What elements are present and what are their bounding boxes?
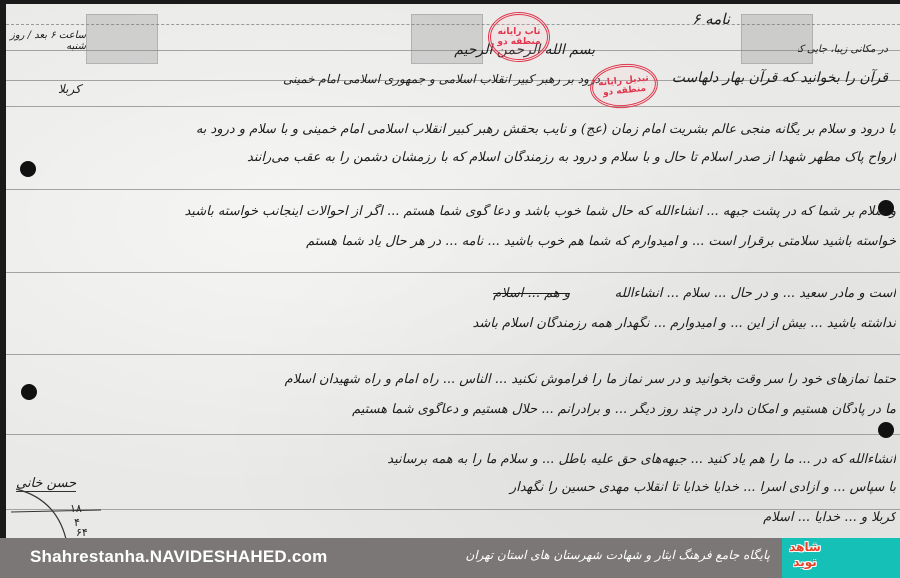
site-url-link[interactable]: Shahrestanha.NAVIDESHAHED.com xyxy=(30,547,327,567)
ruled-line xyxy=(6,50,900,51)
ruled-line xyxy=(6,189,900,190)
ruled-line xyxy=(6,24,900,25)
ruled-line xyxy=(6,106,900,107)
struck-through-text: و هم ... اسلام xyxy=(493,286,570,301)
letterhead-emblem-right xyxy=(741,14,813,64)
navideshahed-logo[interactable]: شاهد نوید xyxy=(785,540,825,576)
punch-hole xyxy=(20,161,36,177)
ruled-line xyxy=(6,272,900,273)
handwritten-line: با درود و سلام بر یگانه منجی عالم بشریت … xyxy=(6,122,896,137)
ruled-line xyxy=(6,434,900,435)
handwritten-line: است و مادر سعید ... و در حال ... سلام ..… xyxy=(6,286,896,301)
margin-pen-stroke xyxy=(6,484,116,538)
handwritten-line: نداشته باشید ... بیش از این ... و امیدوا… xyxy=(16,316,896,331)
logo-text-bottom: نوید xyxy=(785,555,825,570)
handwritten-line: و سلام بر شما که در پشت جبهه ... انشاءال… xyxy=(6,204,896,219)
header-right-note: در مکانی زیبا، جایی که نور خدا می‌تابد xyxy=(798,44,888,55)
site-footer-bar: Shahrestanha.NAVIDESHAHED.com پایگاه جام… xyxy=(0,538,900,578)
signature-top-left: کربلا xyxy=(58,82,81,96)
stamp-red: تبدیل رایانه منطقه دو xyxy=(588,61,660,112)
site-slogan: پایگاه جامع فرهنگ ایثار و شهادت شهرستان … xyxy=(310,548,770,562)
ruled-line xyxy=(6,354,900,355)
handwritten-line: ما در پادگان هستیم و امکان دارد در چند ر… xyxy=(16,402,896,417)
logo-text-top: شاهد xyxy=(785,540,825,555)
handwritten-line: خواسته باشید سلامتی برقرار است ... و امی… xyxy=(6,234,896,249)
punch-hole xyxy=(878,422,894,438)
header-quran-line: قرآن را بخوانید که قرآن بهار دلهاست xyxy=(672,70,888,86)
letterhead-emblem-left xyxy=(86,14,158,64)
handwritten-line: ارواح پاک مطهر شهدا از صدر اسلام تا حال … xyxy=(206,150,896,165)
header-greeting-line: درود بر رهبر کبیر انقلاب اسلامی و جمهوری… xyxy=(200,72,600,86)
stamp-text: تاب رایانه xyxy=(498,27,541,37)
handwritten-line: کربلا و ... خدایا ... اسلام xyxy=(136,510,896,525)
header-left-note: ساعت ۶ بعد / روز شنبه xyxy=(6,30,86,52)
scanned-letter: نامه ۶ بسم الله الرحمن الرحیم در مکانی ز… xyxy=(6,4,900,538)
handwritten-line: با سپاس ... و آزادی اسرا ... خدایا خدایا… xyxy=(126,480,896,495)
handwritten-line: حتماً نمازهای خود را سر وقت بخوانید و در… xyxy=(6,372,896,387)
letter-number: نامه ۶ xyxy=(692,10,730,28)
stamp-text: منطقه دو xyxy=(497,37,540,47)
stamp-red: تاب رایانه منطقه دو xyxy=(488,12,550,62)
handwritten-line: انشاءالله که در ... ما را هم یاد کنید ..… xyxy=(6,452,896,467)
